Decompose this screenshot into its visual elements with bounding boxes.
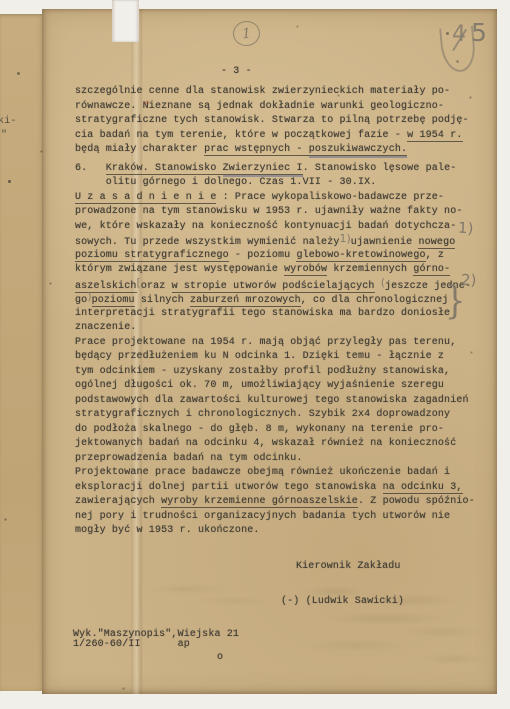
typed-line: mogły być w 1953 r. ukończone. <box>75 524 477 539</box>
typed-line: poziomu stratygraficznego - poziomu gleb… <box>75 249 477 264</box>
footer-check-mark: o <box>217 652 223 663</box>
typed-line: we, które wskazały na konieczność kontyn… <box>75 220 477 235</box>
typed-line: Projektowane prace badawcze obejmą równi… <box>75 466 477 481</box>
typed-line: będą miały charakter prac wstępnych - po… <box>75 143 477 158</box>
bleed-through-text-smudge <box>295 578 493 668</box>
corner-crossed-number: 4 <box>452 22 466 47</box>
circled-number: 1 <box>241 25 252 42</box>
typed-line: U z a s a d n i e n i e : Prace wykopali… <box>75 191 477 206</box>
margin-brace: } <box>445 281 466 319</box>
typed-line: go)poziomu silnych zaburzeń mrozowych, c… <box>75 292 477 307</box>
corner-page-number: 5 <box>471 18 487 47</box>
typed-line: aszelskich[oraz w stropie utworów podści… <box>75 278 477 293</box>
typed-line: znaczenie. <box>75 321 477 336</box>
typed-line: do podłoża skalnego - do głęb. 8 m, wyko… <box>75 423 477 438</box>
typed-line: interpretacji stratygrafii tego stanowis… <box>75 307 477 322</box>
paper-gap-notch <box>112 0 139 42</box>
typed-line: Prace projektowane na 1954 r. mają objąć… <box>75 336 477 351</box>
typed-line: będący przedłużeniem ku N odcinka 1. Dzi… <box>75 350 477 365</box>
typed-line: nej pory i trudności organizacyjnych bad… <box>75 510 477 525</box>
typed-line: stratygraficznych i chronologicznych. Sz… <box>75 408 477 423</box>
typed-line: jektowanych badań na odcinku 4, wskazał … <box>75 437 477 452</box>
typed-line: cia badań na tym terenie, które w począt… <box>75 129 477 144</box>
red-ink-speck <box>144 101 150 104</box>
cut-off-text-fragment: ki- <box>0 116 17 127</box>
typed-line: zawierających wyroby krzemienne górnoasz… <box>75 495 477 510</box>
typed-line: eksploracji dolnej partii utworów tego s… <box>75 481 477 496</box>
underlying-page-edge: ki- " <box>0 14 47 691</box>
typed-line: szczególnie cenne dla stanowisk zwierzyn… <box>75 85 477 100</box>
margin-note-1: 1) <box>457 218 474 237</box>
pencil-smudge <box>150 580 270 610</box>
dust-specks <box>0 0 1 1</box>
typed-line: ogólnej długości ok. 70 m, umożliwiający… <box>75 379 477 394</box>
page-number: - 3 - <box>221 66 252 77</box>
typed-line: 6. Kraków. Stanowisko Zwierzyniec I. Sta… <box>75 162 477 177</box>
typed-line: prowadzone na tym stanowisku w 1953 r. u… <box>75 205 477 220</box>
typed-line: równawcze. Nieznane są jednak dokładnie … <box>75 100 477 115</box>
typed-line: którym związane jest występowanie wyrobó… <box>75 263 477 278</box>
typed-text-block: szczególnie cenne dla stanowisk zwierzyn… <box>75 85 477 539</box>
typed-line: olitu górnego i dolnego. Czas 1.VII - 30… <box>75 176 477 191</box>
scanned-document: { "page_number": "- 3 -", "annotations":… <box>0 0 510 709</box>
signature-title: Kierownik Zakładu <box>296 561 401 572</box>
footer-reference-number: 1/260-60/II ap <box>73 639 190 650</box>
typed-line: sowych. Tu przede wszystkim wymienić nal… <box>75 234 477 249</box>
typed-line: przeprowadzenia badań na tym odcinku. <box>75 452 477 467</box>
typed-line: stratygraficzne tych stanowisk. Stwarza … <box>75 114 477 129</box>
typed-line: podstawowych dla zawartości kulturowej t… <box>75 394 477 409</box>
cut-off-text-fragment: " <box>1 130 7 141</box>
typed-line: tym odcinkiem - uzyskany zostałby profil… <box>75 365 477 380</box>
